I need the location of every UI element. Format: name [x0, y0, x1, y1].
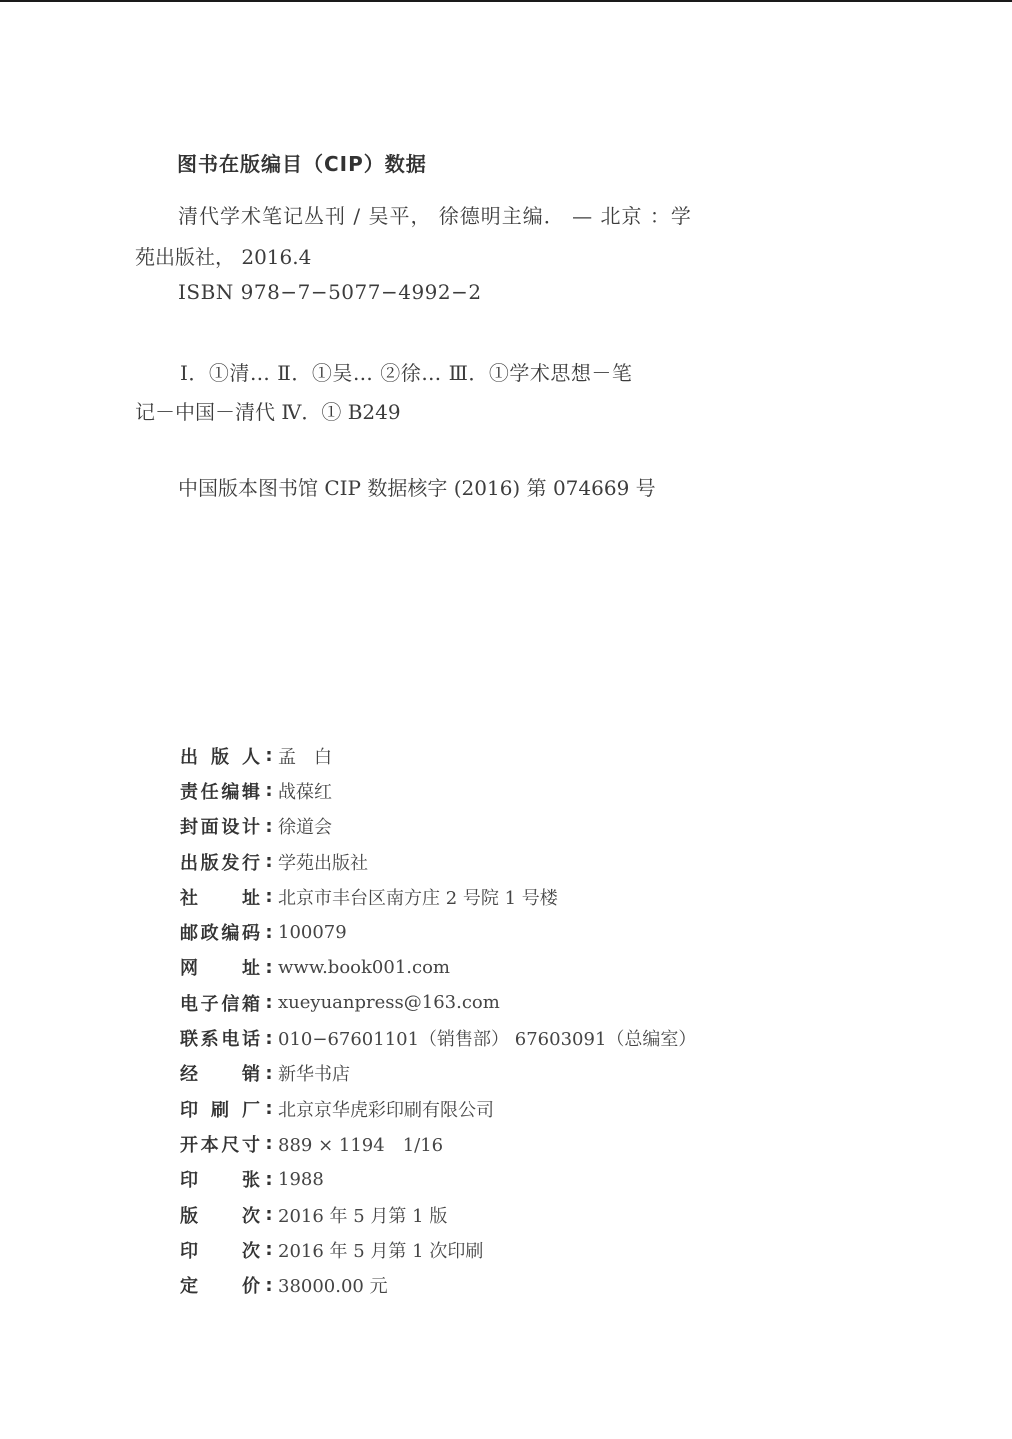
label-char: 码 [242, 919, 260, 945]
label-char: 刷 [211, 1096, 229, 1122]
label-char: 版 [211, 743, 229, 769]
cip-catalog-number: 中国版本图书馆 CIP 数据核字 (2016) 第 074669 号 [178, 472, 656, 501]
label-char: 经 [180, 1060, 198, 1086]
colophon-row: 定价:38000.00 元 [180, 1267, 696, 1302]
colophon-value: 学苑出版社 [278, 849, 368, 875]
colophon-label: 印张 [180, 1166, 260, 1192]
label-char: 电 [221, 1025, 239, 1051]
label-separator: : [260, 1063, 278, 1084]
label-separator: : [260, 851, 278, 872]
colophon-row: 印次:2016 年 5 月第 1 次印刷 [180, 1232, 696, 1267]
label-separator: : [260, 886, 278, 907]
label-char: 版 [201, 849, 219, 875]
colophon-label: 电子信箱 [180, 990, 260, 1016]
colophon-row: 印刷厂:北京京华虎彩印刷有限公司 [180, 1091, 696, 1126]
label-separator: : [260, 745, 278, 766]
label-separator: : [260, 816, 278, 837]
colophon-row: 出版发行:学苑出版社 [180, 844, 696, 879]
label-char: 印 [180, 1096, 198, 1122]
colophon-value: xueyuanpress@163.com [278, 992, 500, 1013]
label-char: 任 [201, 778, 219, 804]
colophon-label: 社址 [180, 884, 260, 910]
label-char: 封 [180, 813, 198, 839]
colophon-label: 联系电话 [180, 1025, 260, 1051]
colophon-value: 2016 年 5 月第 1 次印刷 [278, 1237, 483, 1263]
label-char: 网 [180, 954, 198, 980]
colophon-label: 印次 [180, 1237, 260, 1263]
label-char: 尺 [221, 1131, 239, 1157]
label-char: 开 [180, 1131, 198, 1157]
label-separator: : [260, 1028, 278, 1049]
label-char: 销 [242, 1060, 260, 1086]
cip-record-line-2: 苑出版社， 2016.4 [135, 241, 311, 270]
label-char: 计 [242, 813, 260, 839]
label-separator: : [260, 1204, 278, 1225]
label-char: 信 [221, 990, 239, 1016]
colophon-row: 印张:1988 [180, 1162, 696, 1197]
classification-line-2: 记－中国－清代 Ⅳ．① B249 [135, 396, 401, 425]
colophon: 出版人:孟 白责任编辑:战葆红封面设计:徐道会出版发行:学苑出版社社址:北京市丰… [180, 738, 696, 1303]
label-char: 印 [180, 1166, 198, 1192]
label-char: 电 [180, 990, 198, 1016]
label-char: 定 [180, 1272, 198, 1298]
label-char: 子 [201, 990, 219, 1016]
label-char: 话 [242, 1025, 260, 1051]
colophon-value: 010−67601101（销售部） 67603091（总编室） [278, 1025, 696, 1051]
colophon-row: 邮政编码:100079 [180, 914, 696, 949]
label-char: 址 [242, 954, 260, 980]
label-char: 责 [180, 778, 198, 804]
label-char: 次 [242, 1237, 260, 1263]
label-char: 寸 [242, 1131, 260, 1157]
label-char: 发 [221, 849, 239, 875]
label-separator: : [260, 1169, 278, 1190]
label-char: 联 [180, 1025, 198, 1051]
colophon-row: 出版人:孟 白 [180, 738, 696, 773]
colophon-label: 责任编辑 [180, 778, 260, 804]
colophon-value: 100079 [278, 922, 347, 943]
colophon-row: 版次:2016 年 5 月第 1 版 [180, 1197, 696, 1232]
cip-heading: 图书在版编目（CIP）数据 [177, 148, 427, 177]
colophon-row: 联系电话:010−67601101（销售部） 67603091（总编室） [180, 1020, 696, 1055]
label-char: 印 [180, 1237, 198, 1263]
label-separator: : [260, 922, 278, 943]
colophon-row: 开本尺寸:889 × 1194 1/16 [180, 1126, 696, 1161]
colophon-value: 徐道会 [278, 813, 332, 839]
colophon-value: 889 × 1194 1/16 [278, 1131, 443, 1157]
colophon-value: 新华书店 [278, 1060, 350, 1086]
label-char: 箱 [242, 990, 260, 1016]
label-char: 址 [242, 884, 260, 910]
colophon-value: 北京市丰台区南方庄 2 号院 1 号楼 [278, 884, 558, 910]
colophon-value: 北京京华虎彩印刷有限公司 [278, 1096, 494, 1122]
colophon-row: 社址:北京市丰台区南方庄 2 号院 1 号楼 [180, 879, 696, 914]
label-separator: : [260, 1239, 278, 1260]
colophon-row: 责任编辑:战葆红 [180, 773, 696, 808]
label-char: 编 [221, 778, 239, 804]
colophon-row: 网址:www.book001.com [180, 950, 696, 985]
colophon-value: 1988 [278, 1169, 324, 1190]
label-separator: : [260, 1275, 278, 1296]
label-char: 邮 [180, 919, 198, 945]
label-char: 系 [201, 1025, 219, 1051]
isbn: ISBN 978−7−5077−4992−2 [178, 280, 482, 304]
label-char: 价 [242, 1272, 260, 1298]
colophon-value: 战葆红 [278, 778, 332, 804]
label-char: 辑 [242, 778, 260, 804]
label-separator: : [260, 780, 278, 801]
label-char: 张 [242, 1166, 260, 1192]
label-char: 出 [180, 743, 198, 769]
label-separator: : [260, 957, 278, 978]
colophon-row: 经销:新华书店 [180, 1056, 696, 1091]
label-char: 出 [180, 849, 198, 875]
label-char: 面 [201, 813, 219, 839]
colophon-label: 网址 [180, 954, 260, 980]
copyright-page: 图书在版编目（CIP）数据 清代学术笔记丛刊 / 吴平， 徐德明主编． — 北京… [0, 0, 1012, 1439]
colophon-label: 印刷厂 [180, 1096, 260, 1122]
label-char: 人 [242, 743, 260, 769]
label-separator: : [260, 1098, 278, 1119]
label-char: 政 [201, 919, 219, 945]
label-char: 设 [221, 813, 239, 839]
colophon-value: 孟 白 [278, 743, 332, 769]
colophon-value: 38000.00 元 [278, 1272, 388, 1298]
label-char: 编 [221, 919, 239, 945]
colophon-row: 封面设计:徐道会 [180, 809, 696, 844]
colophon-label: 出版人 [180, 743, 260, 769]
colophon-row: 电子信箱:xueyuanpress@163.com [180, 985, 696, 1020]
colophon-label: 开本尺寸 [180, 1131, 260, 1157]
colophon-label: 经销 [180, 1060, 260, 1086]
classification-line-1: Ⅰ．①清… Ⅱ．①吴… ②徐… Ⅲ．①学术思想－笔 [180, 357, 632, 386]
label-char: 版 [180, 1202, 198, 1228]
label-separator: : [260, 992, 278, 1013]
cip-record-line-1: 清代学术笔记丛刊 / 吴平， 徐德明主编． — 北京 ：学 [178, 200, 692, 229]
label-char: 本 [201, 1131, 219, 1157]
colophon-label: 定价 [180, 1272, 260, 1298]
colophon-label: 出版发行 [180, 849, 260, 875]
label-separator: : [260, 1133, 278, 1154]
label-char: 次 [242, 1202, 260, 1228]
label-char: 行 [242, 849, 260, 875]
colophon-label: 封面设计 [180, 813, 260, 839]
colophon-label: 邮政编码 [180, 919, 260, 945]
colophon-value: 2016 年 5 月第 1 版 [278, 1202, 447, 1228]
label-char: 社 [180, 884, 198, 910]
colophon-value: www.book001.com [278, 957, 450, 978]
label-char: 厂 [242, 1096, 260, 1122]
colophon-label: 版次 [180, 1202, 260, 1228]
